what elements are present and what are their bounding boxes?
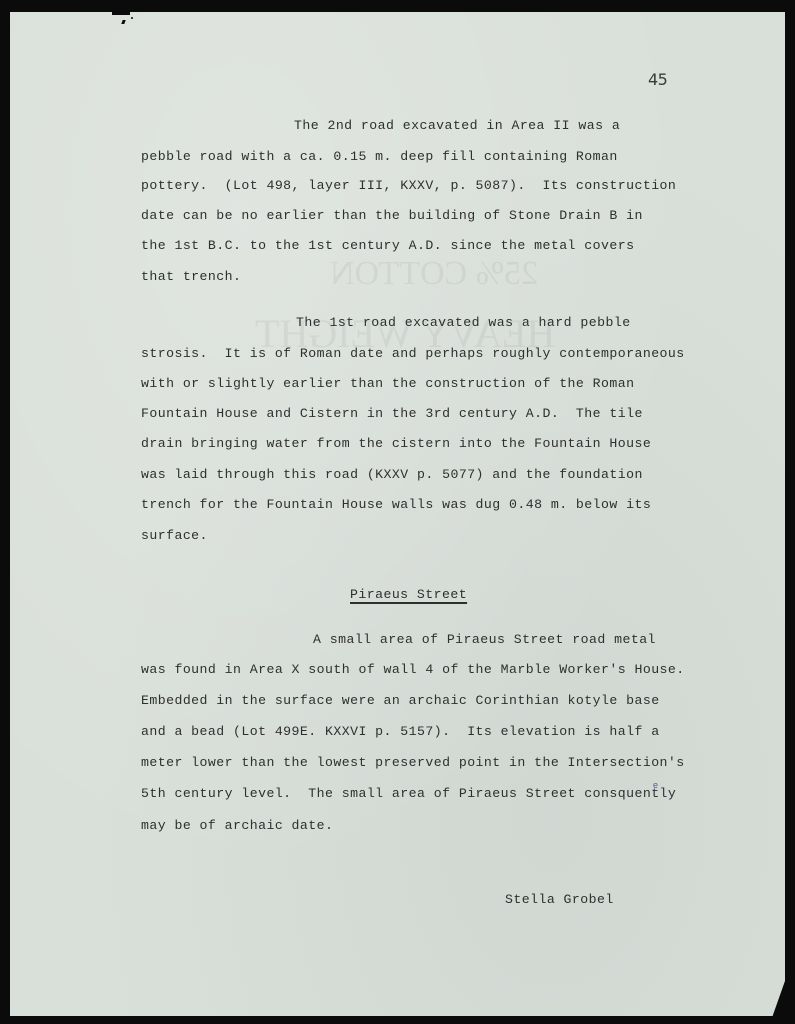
paragraph-line: date can be no earlier than the building… bbox=[141, 208, 643, 224]
paragraph-line: Fountain House and Cistern in the 3rd ce… bbox=[141, 406, 643, 422]
paragraph-line: and a bead (Lot 499E. KXXVI p. 5157). It… bbox=[141, 724, 660, 740]
paragraph-line: meter lower than the lowest preserved po… bbox=[141, 755, 685, 771]
author-signature: Stella Grobel bbox=[505, 892, 614, 908]
paragraph-line: Embedded in the surface were an archaic … bbox=[141, 693, 660, 709]
handwritten-correction: e bbox=[653, 780, 658, 790]
paragraph-line: The 2nd road excavated in Area II was a bbox=[294, 118, 620, 134]
paragraph-line: that trench. bbox=[141, 269, 241, 285]
paragraph-line: the 1st B.C. to the 1st century A.D. sin… bbox=[141, 238, 634, 254]
paragraph-line: pottery. (Lot 498, layer III, KXXV, p. 5… bbox=[141, 178, 676, 194]
paragraph-line: with or slightly earlier than the constr… bbox=[141, 376, 634, 392]
watermark-ghost-line-1: 25% COTTON bbox=[330, 255, 538, 293]
paper-hole bbox=[131, 17, 133, 19]
paragraph-line: A small area of Piraeus Street road meta… bbox=[313, 632, 656, 648]
paragraph-line: 5th century level. The small area of Pir… bbox=[141, 786, 676, 802]
paragraph-line: strosis. It is of Roman date and perhaps… bbox=[141, 346, 685, 362]
paragraph-line: was laid through this road (KXXV p. 5077… bbox=[141, 467, 643, 483]
paragraph-line: pebble road with a ca. 0.15 m. deep fill… bbox=[141, 149, 618, 165]
section-heading: Piraeus Street bbox=[350, 587, 467, 603]
paragraph-line: may be of archaic date. bbox=[141, 818, 333, 834]
paragraph-line: surface. bbox=[141, 528, 208, 544]
paragraph-line: trench for the Fountain House walls was … bbox=[141, 497, 651, 513]
paragraph-line: The 1st road excavated was a hard pebble bbox=[296, 315, 631, 331]
paragraph-line: was found in Area X south of wall 4 of t… bbox=[141, 662, 685, 678]
paper-tear bbox=[112, 12, 130, 15]
scanned-page: 25% COTTON HEAVY WEIGHT 45 The 2nd road … bbox=[0, 0, 795, 1024]
paragraph-line: drain bringing water from the cistern in… bbox=[141, 436, 651, 452]
page-number: 45 bbox=[648, 70, 667, 89]
